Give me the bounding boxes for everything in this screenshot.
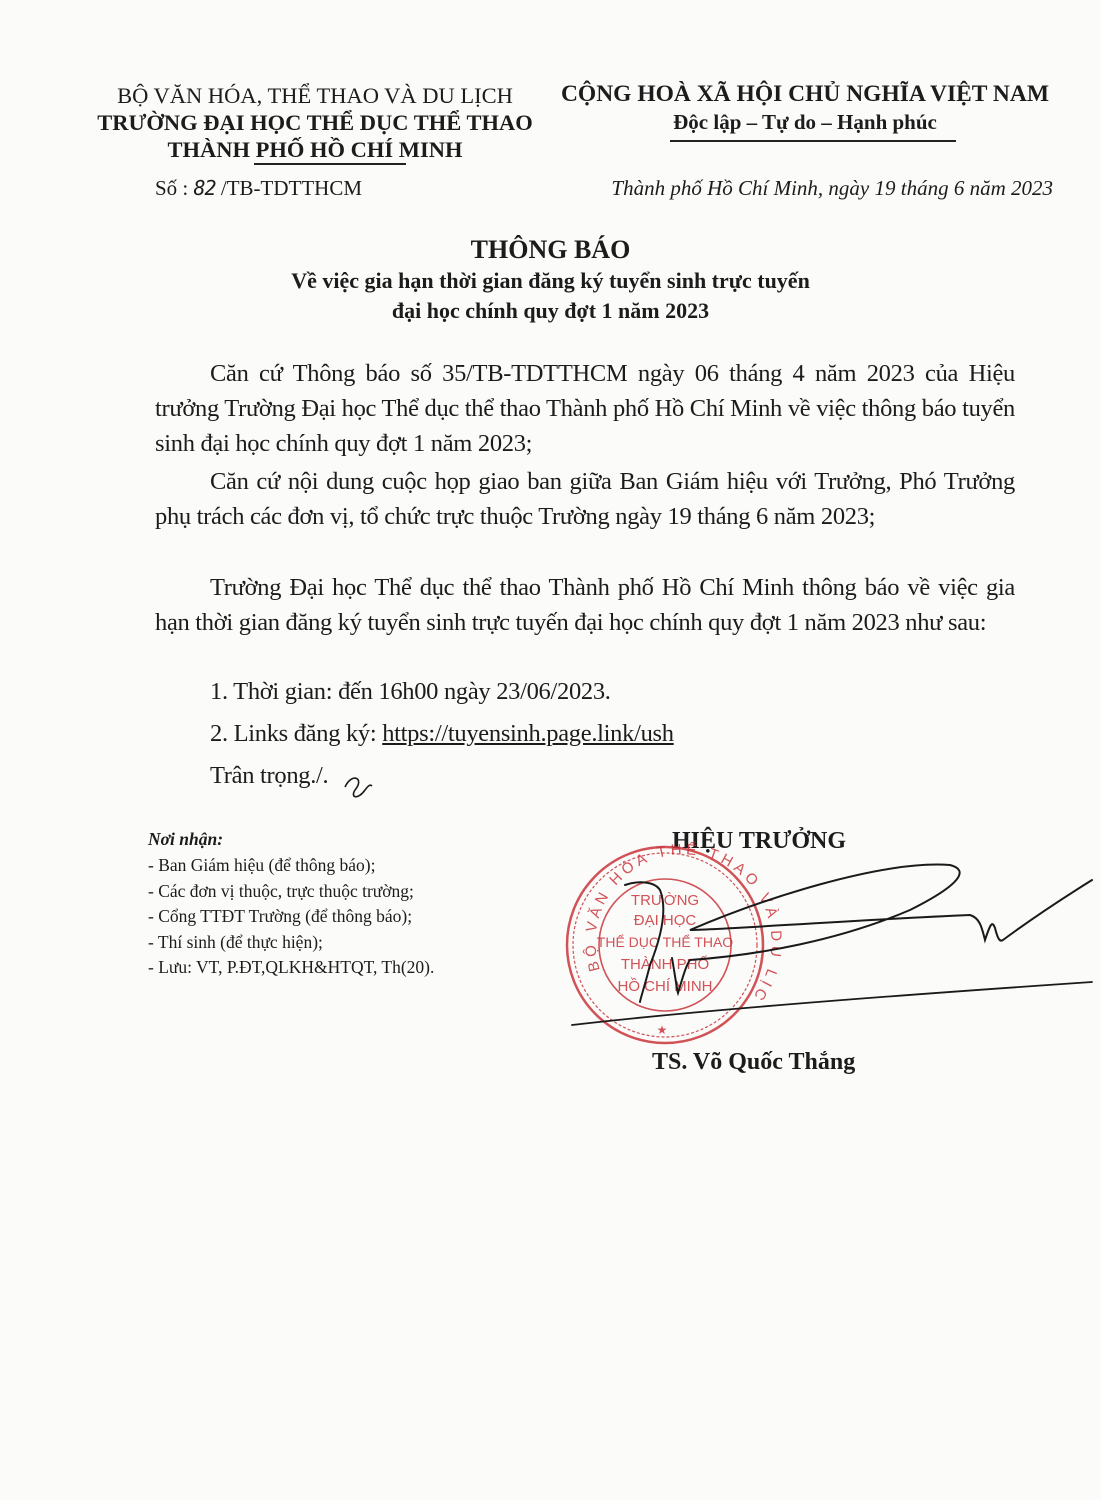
svg-text:ĐẠI HỌC: ĐẠI HỌC xyxy=(634,912,697,929)
doc-number-handwritten: 82 xyxy=(194,176,216,200)
place-and-date: Thành phố Hồ Chí Minh, ngày 19 tháng 6 n… xyxy=(611,176,1053,201)
recipient-item: - Cổng TTĐT Trường (để thông báo); xyxy=(148,904,434,930)
closing-line: Trân trọng./. xyxy=(210,762,328,790)
school-name-line2: THÀNH PHỐ HỒ CHÍ MINH xyxy=(90,137,540,163)
recipient-item: - Các đơn vị thuộc, trực thuộc trường; xyxy=(148,879,434,905)
stamp-star: ★ xyxy=(657,1023,668,1037)
registration-link[interactable]: https://tuyensinh.page.link/ush xyxy=(382,720,674,747)
school-name-line1: TRƯỜNG ĐẠI HỌC THỂ DỤC THỂ THAO xyxy=(90,110,540,136)
header-left-underline xyxy=(254,163,406,165)
closing-text: Trân trọng./. xyxy=(210,762,328,789)
official-stamp xyxy=(567,847,763,1043)
signer-title: HIỆU TRƯỞNG xyxy=(672,828,846,855)
doc-number-prefix: Số : xyxy=(155,176,188,200)
recipient-item: - Ban Giám hiệu (để thông báo); xyxy=(148,853,434,879)
body-paragraph-3: Trường Đại học Thể dục thể thao Thành ph… xyxy=(155,570,1015,640)
recipients-title: Nơi nhận: xyxy=(148,829,223,850)
recipient-item: - Thí sinh (để thực hiện); xyxy=(148,930,434,956)
item-deadline: 1. Thời gian: đến 16h00 ngày 23/06/2023. xyxy=(210,678,611,706)
document-title: THÔNG BÁO xyxy=(0,235,1101,265)
stamp-and-signature: BỘ VĂN HÓA THỂ THAO VÀ DU LỊCH TRƯỜNG ĐẠ… xyxy=(0,0,1101,1500)
recipient-item: - Lưu: VT, P.ĐT,QLKH&HTQT, Th(20). xyxy=(148,955,434,981)
header-right-underline xyxy=(670,140,956,142)
document-number: Số : 82 /TB-TDTTHCM xyxy=(155,176,362,201)
body-paragraph-1: Căn cứ Thông báo số 35/TB-TDTTHCM ngày 0… xyxy=(155,356,1015,461)
signer-name: TS. Võ Quốc Thắng xyxy=(652,1049,855,1076)
recipients-list: - Ban Giám hiệu (để thông báo); - Các đơ… xyxy=(148,853,434,981)
registration-link-label: 2. Links đăng ký: xyxy=(210,720,382,747)
ministry-name: BỘ VĂN HÓA, THỂ THAO VÀ DU LỊCH xyxy=(90,83,540,109)
svg-text:THÀNH PHỐ: THÀNH PHỐ xyxy=(621,955,709,973)
item-registration-link: 2. Links đăng ký: https://tuyensinh.page… xyxy=(210,720,674,748)
stamp-inner-text: TRƯỜNG ĐẠI HỌC THỂ DỤC THỂ THAO THÀNH PH… xyxy=(597,892,733,995)
svg-text:HỒ CHÍ MINH: HỒ CHÍ MINH xyxy=(618,977,713,995)
nation-name: CỘNG HOÀ XÃ HỘI CHỦ NGHĨA VIỆT NAM xyxy=(555,81,1055,108)
doc-number-suffix: /TB-TDTTHCM xyxy=(216,176,362,200)
handwritten-signature xyxy=(572,865,1092,1025)
svg-text:THỂ DỤC THỂ THAO: THỂ DỤC THỂ THAO xyxy=(597,933,733,950)
document-subtitle-line2: đại học chính quy đợt 1 năm 2023 xyxy=(0,298,1101,324)
initials-mark xyxy=(345,778,372,797)
body-paragraph-2: Căn cứ nội dung cuộc họp giao ban giữa B… xyxy=(155,464,1015,534)
national-motto: Độc lập – Tự do – Hạnh phúc xyxy=(555,110,1055,135)
document-subtitle-line1: Về việc gia hạn thời gian đăng ký tuyển … xyxy=(0,268,1101,294)
svg-text:TRƯỜNG: TRƯỜNG xyxy=(631,892,699,909)
